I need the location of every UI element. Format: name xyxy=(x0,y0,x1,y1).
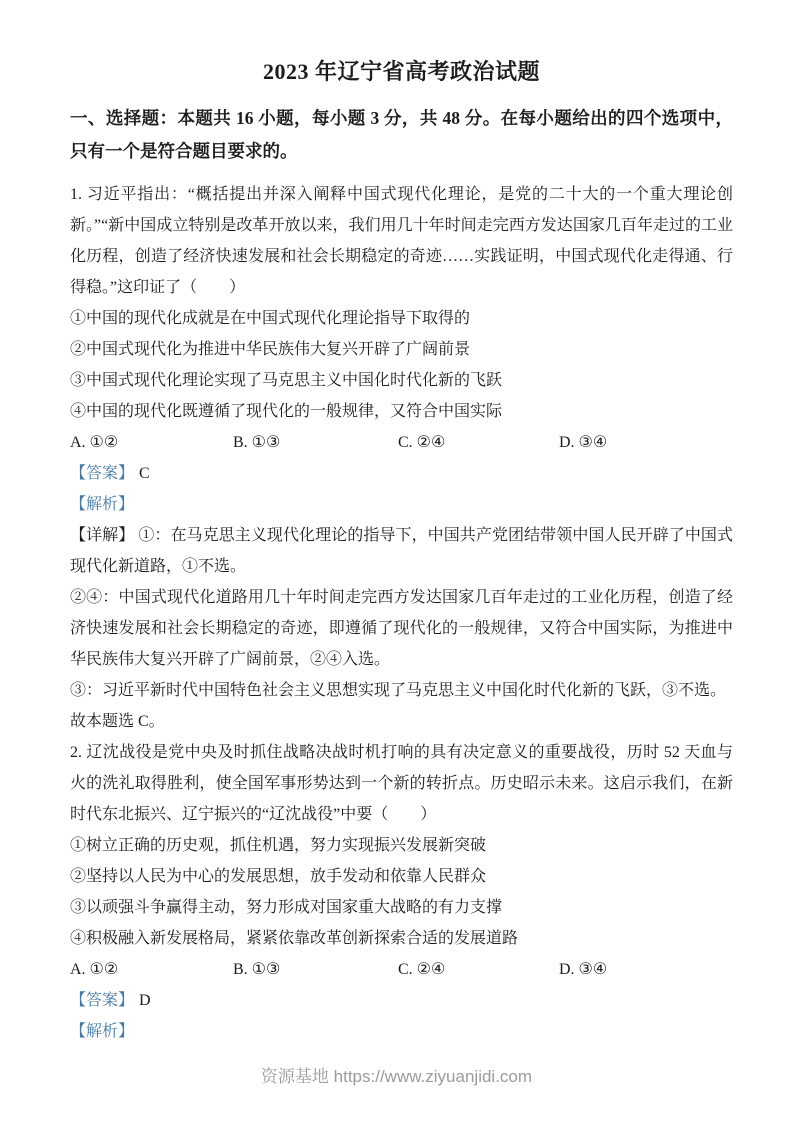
question-1-stem: 1. 习近平指出：“概括提出并深入阐释中国式现代化理论，是党的二十大的一个重大理… xyxy=(70,179,733,303)
question-1-item-2: ②中国式现代化为推进中华民族伟大复兴开辟了广阔前景 xyxy=(70,334,733,365)
detail-text: ①：在马克思主义现代化理论的指导下，中国共产党团结带领中国人民开辟了中国式现代化… xyxy=(70,527,733,575)
question-2-choice-a: A. ①② xyxy=(70,954,233,985)
question-2-choice-d: D. ③④ xyxy=(559,954,733,985)
question-1-item-4: ④中国的现代化既遵循了现代化的一般规律，又符合中国实际 xyxy=(70,396,733,427)
exam-document-page: 2023 年辽宁省高考政治试题 一、选择题：本题共 16 小题，每小题 3 分，… xyxy=(0,0,793,1122)
answer-value: C xyxy=(139,465,150,482)
analysis-label: 【解析】 xyxy=(70,1023,134,1040)
question-2-answer-line: 【答案】D xyxy=(70,985,733,1016)
question-1-choice-d: D. ③④ xyxy=(559,427,733,458)
question-1-detail-paragraph-4: 故本题选 C。 xyxy=(70,706,733,737)
question-1-choices-row: A. ①② B. ①③ C. ②④ D. ③④ xyxy=(70,427,733,458)
question-1-item-3: ③中国式现代化理论实现了马克思主义中国化时代化新的飞跃 xyxy=(70,365,733,396)
question-2-choice-b: B. ①③ xyxy=(233,954,398,985)
page-title: 2023 年辽宁省高考政治试题 xyxy=(70,56,733,88)
question-2-item-3: ③以顽强斗争赢得主动，努力形成对国家重大战略的有力支撑 xyxy=(70,892,733,923)
question-1-detail-paragraph-3: ③：习近平新时代中国特色社会主义思想实现了马克思主义中国化时代化新的飞跃，③不选… xyxy=(70,675,733,706)
question-1-choice-b: B. ①③ xyxy=(233,427,398,458)
question-2-choices-row: A. ①② B. ①③ C. ②④ D. ③④ xyxy=(70,954,733,985)
watermark-footer: 资源基地 https://www.ziyuanjidi.com xyxy=(0,1066,793,1088)
question-1-choice-c: C. ②④ xyxy=(398,427,559,458)
answer-label: 【答案】 xyxy=(70,465,134,482)
detail-label: 【详解】 xyxy=(70,527,134,544)
section-header: 一、选择题：本题共 16 小题，每小题 3 分，共 48 分。在每小题给出的四个… xyxy=(70,102,733,168)
question-1: 1. 习近平指出：“概括提出并深入阐释中国式现代化理论，是党的二十大的一个重大理… xyxy=(70,179,733,737)
question-2-choice-c: C. ②④ xyxy=(398,954,559,985)
question-1-answer-line: 【答案】C xyxy=(70,458,733,489)
question-1-item-1: ①中国的现代化成就是在中国式现代化理论指导下取得的 xyxy=(70,303,733,334)
answer-label: 【答案】 xyxy=(70,992,134,1009)
question-2-stem: 2. 辽沈战役是党中央及时抓住战略决战时机打响的具有决定意义的重要战役，历时 5… xyxy=(70,737,733,830)
answer-value: D xyxy=(139,992,151,1009)
question-1-analysis-line: 【解析】 xyxy=(70,489,733,520)
question-2-analysis-line: 【解析】 xyxy=(70,1016,733,1047)
watermark-text: 资源基地 https://www.ziyuanjidi.com xyxy=(261,1067,532,1086)
question-2-item-2: ②坚持以人民为中心的发展思想，放手发动和依靠人民群众 xyxy=(70,861,733,892)
question-2: 2. 辽沈战役是党中央及时抓住战略决战时机打响的具有决定意义的重要战役，历时 5… xyxy=(70,737,733,1047)
question-1-detail-paragraph-1: 【详解】①：在马克思主义现代化理论的指导下，中国共产党团结带领中国人民开辟了中国… xyxy=(70,520,733,582)
question-1-detail-paragraph-2: ②④：中国式现代化道路用几十年时间走完西方发达国家几百年走过的工业化历程，创造了… xyxy=(70,582,733,675)
question-2-item-4: ④积极融入新发展格局，紧紧依靠改革创新探索合适的发展道路 xyxy=(70,923,733,954)
question-1-choice-a: A. ①② xyxy=(70,427,233,458)
question-2-item-1: ①树立正确的历史观，抓住机遇，努力实现振兴发展新突破 xyxy=(70,830,733,861)
analysis-label: 【解析】 xyxy=(70,496,134,513)
